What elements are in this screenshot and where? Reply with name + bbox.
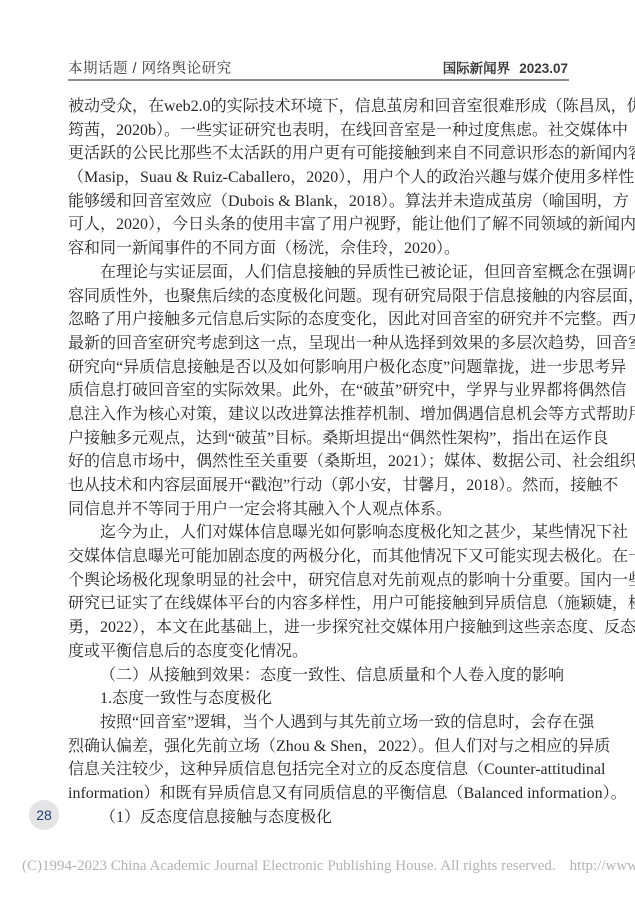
text-line: 更活跃的公民比那些不太活跃的用户更有可能接触到来自不同意识形态的新闻内容 — [68, 142, 569, 166]
text-line: 质信息打破回音室的实际效果。此外，在“破茧”研究中，学界与业界都将偶然信 — [68, 379, 569, 403]
text-line: 度或平衡信息后的态度变化情况。 — [68, 640, 569, 664]
text-line: 忽略了用户接触多元信息后实际的态度变化，因此对回音室的研究并不完整。西方 — [68, 308, 569, 332]
text-line: 能够缓和回音室效应（Dubois & Blank，2018）。算法并未造成茧房（… — [68, 190, 569, 214]
text-line: 1.态度一致性与态度极化 — [68, 687, 569, 711]
text-line: 在理论与实证层面，人们信息接触的异质性已被论证，但回音室概念在强调内 — [68, 261, 569, 285]
text-line: information）和既有异质信息又有同质信息的平衡信息（Balanced … — [68, 782, 569, 806]
text-line: 同信息并不等同于用户一定会将其融入个人观点体系。 — [68, 498, 569, 522]
text-line: 也从技术和内容层面展开“戳泡”行动（郭小安，甘馨月，2018）。然而，接触不 — [68, 474, 569, 498]
text-line: 息注入作为核心对策，建议以改进算法推荐机制、增加偶遇信息机会等方式帮助用 — [68, 403, 569, 427]
copyright-footer: (C)1994-2023 China Academic Journal Elec… — [22, 858, 635, 875]
text-line: 信息关注较少，这种异质信息包括完全对立的反态度信息（Counter-attitu… — [68, 758, 569, 782]
text-line: 研究向“异质信息接触是否以及如何影响用户极化态度”问题靠拢，进一步思考异 — [68, 356, 569, 380]
page-number: 28 — [36, 807, 52, 823]
text-line: 容同质性外，也聚焦后续的态度极化问题。现有研究局限于信息接触的内容层面， — [68, 285, 569, 309]
text-line: 可人，2020），今日头条的使用丰富了用户视野，能让他们了解不同领域的新闻内 — [68, 213, 569, 237]
text-line: （二）从接触到效果：态度一致性、信息质量和个人卷入度的影响 — [68, 664, 569, 688]
text-line: 筠茜，2020b）。一些实证研究也表明，在线回音室是一种过度焦虑。社交媒体中 — [68, 119, 569, 143]
issue-date: 2023.07 — [519, 61, 568, 76]
text-line: 个舆论场极化现象明显的社会中，研究信息对先前观点的影响十分重要。国内一些 — [68, 569, 569, 593]
text-line: 勇，2022），本文在此基础上，进一步探究社交媒体用户接触到这些亲态度、反态 — [68, 616, 569, 640]
text-line: 迄今为止，人们对媒体信息曝光如何影响态度极化知之甚少，某些情况下社 — [68, 521, 569, 545]
text-line: 烈确认偏差，强化先前立场（Zhou & Shen，2022）。但人们对与之相应的… — [68, 735, 569, 759]
article-body: 被动受众，在web2.0的实际技术环境下，信息茧房和回音室很难形成（陈昌凤，仇筠… — [68, 95, 569, 829]
topic-label: 本期话题 / 网络舆论研究 — [68, 57, 232, 78]
text-line: 容和同一新闻事件的不同方面（杨洸，佘佳玲，2020）。 — [68, 237, 569, 261]
text-line: （1）反态度信息接触与态度极化 — [68, 806, 569, 830]
copyright-text: (C)1994-2023 China Academic Journal Elec… — [22, 858, 556, 875]
journal-issue: 国际新闻界 2023.07 — [443, 57, 568, 77]
journal-name: 国际新闻界 — [443, 57, 511, 77]
page-number-badge: 28 — [29, 800, 59, 830]
text-line: 交媒体信息曝光可能加剧态度的两极分化，而其他情况下又可能实现去极化。在一 — [68, 545, 569, 569]
header-rule — [68, 79, 569, 81]
text-line: 研究已证实了在线媒体平台的内容多样性，用户可能接触到异质信息（施颖婕，桂 — [68, 592, 569, 616]
page-header: 本期话题 / 网络舆论研究 国际新闻界 2023.07 — [68, 57, 568, 78]
text-line: （Masip，Suau & Ruiz-Caballero，2020），用户个人的… — [68, 166, 569, 190]
text-line: 按照“回音室”逻辑，当个人遇到与其先前立场一致的信息时，会存在强 — [68, 711, 569, 735]
text-line: 好的信息市场中，偶然性至关重要（桑斯坦，2021）；媒体、数据公司、社会组织 — [68, 450, 569, 474]
text-line: 被动受众，在web2.0的实际技术环境下，信息茧房和回音室很难形成（陈昌凤，仇 — [68, 95, 569, 119]
journal-page: 本期话题 / 网络舆论研究 国际新闻界 2023.07 被动受众，在web2.0… — [0, 0, 635, 900]
footer-url: http://www.cnk — [570, 858, 635, 875]
text-line: 户接触多元观点，达到“破茧”目标。桑斯坦提出“偶然性架构”，指出在运作良 — [68, 427, 569, 451]
text-line: 最新的回音室研究考虑到这一点，呈现出一种从选择到效果的多层次趋势，回音室 — [68, 332, 569, 356]
